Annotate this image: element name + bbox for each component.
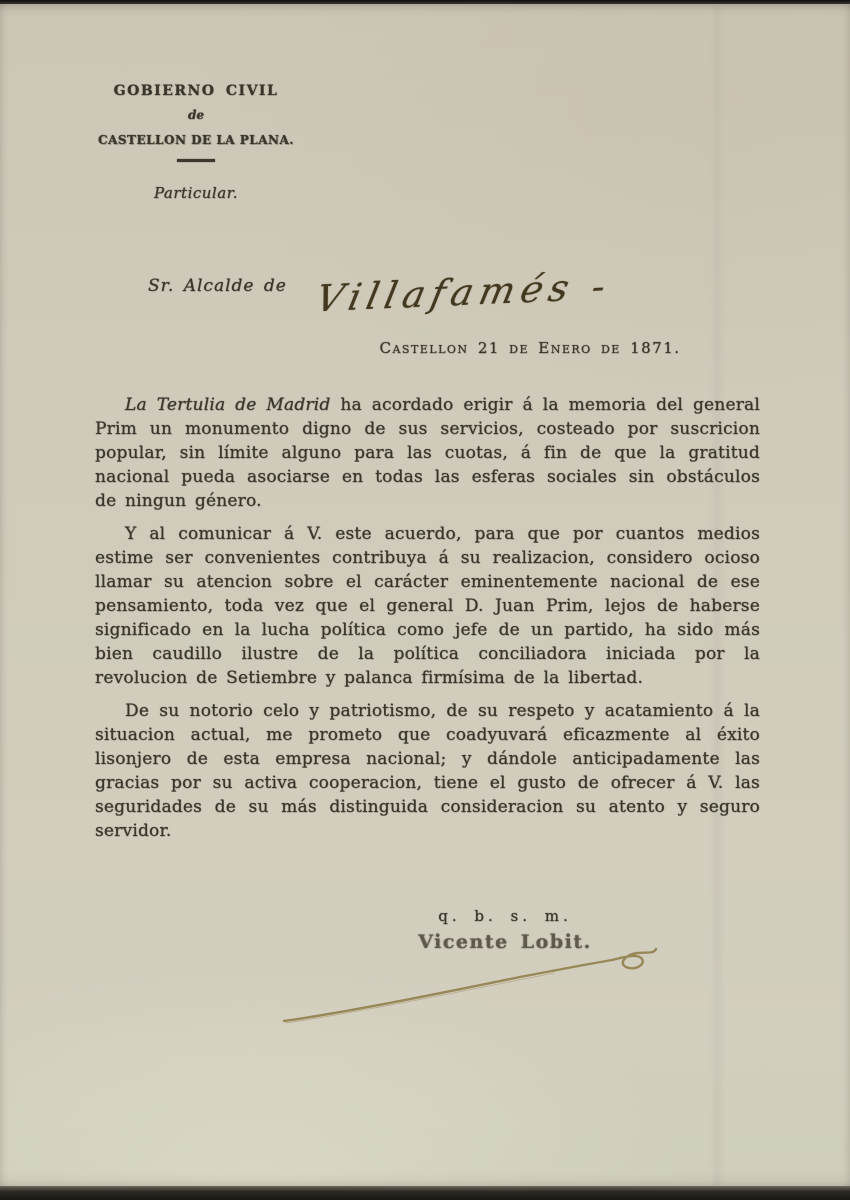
paragraph-1: La Tertulia de Madrid ha acordado erigir… xyxy=(95,393,760,513)
paragraph-2: Y al comunicar á V. este acuerdo, para q… xyxy=(95,522,760,690)
scanned-letter-page: { "document": { "kind": "scanned histori… xyxy=(0,0,850,1200)
letterhead-line3: CASTELLON DE LA PLANA. xyxy=(98,133,294,147)
salutation-line: Sr. Alcalde de Villafamés - xyxy=(148,271,610,314)
letter-paper: GOBIERNO CIVIL de CASTELLON DE LA PLANA.… xyxy=(0,3,850,1189)
salutation-handwritten-addressee: Villafamés - xyxy=(312,265,615,321)
letterhead-line2: de xyxy=(98,108,294,122)
closing-formula: q. b. s. m. xyxy=(380,907,630,925)
scan-bottom-edge xyxy=(0,1186,850,1200)
scan-top-edge xyxy=(0,0,850,4)
letterhead-note: Particular. xyxy=(98,184,294,202)
letterhead-line1: GOBIERNO CIVIL xyxy=(98,83,294,99)
paragraph-1-lead-italic: La Tertulia de Madrid xyxy=(125,395,330,415)
signature-flourish-ink xyxy=(252,929,702,1039)
letterhead: GOBIERNO CIVIL de CASTELLON DE LA PLANA.… xyxy=(98,83,294,202)
paragraph-3-text: De su notorio celo y patriotismo, de su … xyxy=(95,701,760,841)
salutation-printed: Sr. Alcalde de xyxy=(148,276,287,296)
paragraph-2-text: Y al comunicar á V. este acuerdo, para q… xyxy=(95,524,760,688)
letterhead-divider xyxy=(177,159,215,162)
paragraph-3: De su notorio celo y patriotismo, de su … xyxy=(95,699,760,843)
letter-body: La Tertulia de Madrid ha acordado erigir… xyxy=(95,393,760,852)
dateline: Castellon 21 de Enero de 1871. xyxy=(340,339,720,357)
